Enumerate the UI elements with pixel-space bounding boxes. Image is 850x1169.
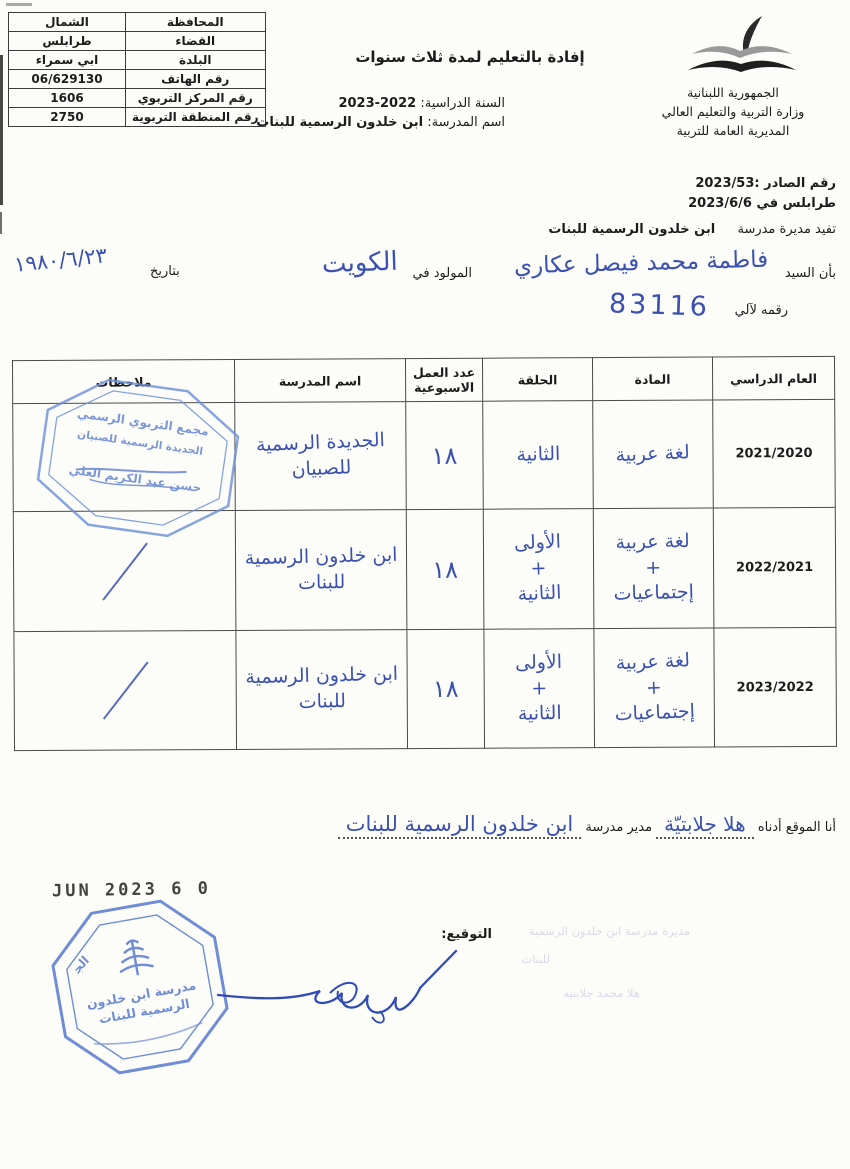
cycle-cell: الثانية	[483, 401, 594, 510]
faint-stamp-text: للبنات	[521, 952, 550, 966]
certify-intro-school: ابن خلدون الرسمية للبنات	[548, 222, 715, 237]
info-value: 06/629130	[9, 70, 126, 89]
check-slash-mark	[102, 661, 148, 719]
school-octagon-stamp-bottom: الجمهورية اللبنانية مدرسة ابن خلدون الرس…	[42, 890, 239, 1085]
auto-id-handwritten: 83116	[609, 288, 711, 323]
info-value: طرابلس	[9, 32, 126, 51]
table-row: المحافظة الشمال	[9, 13, 266, 32]
person-name-label: بأن السيد	[785, 266, 836, 281]
col-header-school: اسم المدرسة	[234, 359, 405, 403]
col-header-cycle: الحلقة	[482, 358, 592, 402]
declaration-mid-label: مدير مدرسة	[585, 820, 652, 835]
hours-cell: ١٨	[407, 629, 485, 748]
birthplace-handwritten: الكويت	[322, 247, 399, 280]
faint-stamp-text: هلا محمد جلابتيه	[563, 986, 640, 1000]
certify-intro: تفيد مديرة مدرسة ابن خلدون الرسمية للبنا…	[548, 222, 836, 237]
page-title: إفادة بالتعليم لمدة ثلاث سنوات	[320, 48, 620, 66]
declaration-label: أنا الموقع أدناه	[758, 820, 836, 835]
check-slash-mark	[102, 542, 148, 600]
issue-number-value: 2023/53	[695, 176, 754, 191]
year-cell: 2021/2020	[713, 399, 836, 508]
hours-cell: ١٨	[406, 401, 484, 509]
info-label: البلدة	[126, 51, 266, 70]
notes-cell	[14, 630, 237, 750]
ministry-line: المديرية العامة للتربية	[628, 122, 838, 141]
year-cell: 2023/2022	[714, 627, 837, 747]
scanned-certificate-document: المحافظة الشمال القضاء طرابلس البلدة ابي…	[0, 0, 850, 1169]
cycle-cell: الأولى + الثانية	[484, 629, 595, 749]
cedar-tree-icon	[115, 938, 155, 978]
info-value: 1606	[9, 89, 126, 108]
col-header-hours: عدد العمل الاسبوعية	[405, 358, 482, 401]
subject-cell: لغة عربية + إجتماعيات	[593, 508, 714, 629]
school-handwritten: ابن خلدون الرسمية للبنات	[244, 543, 398, 598]
cycle-handwritten: الأولى + الثانية	[515, 649, 564, 727]
scan-edge-artifact	[0, 55, 3, 205]
svg-text:الجمهورية اللبنانية: الجمهورية اللبنانية	[42, 901, 94, 982]
cycle-handwritten: الثانية	[516, 442, 560, 469]
table-row: 2023/2022 لغة عربية + إجتماعيات الأولى +…	[14, 627, 837, 750]
school-handwritten: ابن خلدون الرسمية للبنات	[245, 662, 399, 717]
info-value: ابي سمراء	[9, 51, 126, 70]
declaration-line: أنا الموقع أدناه هلا جلابتيّة مدير مدرسة…	[338, 812, 836, 836]
octagon-stamp-icon: الجمهورية اللبنانية مدرسة ابن خلدون الرس…	[42, 890, 239, 1085]
cycle-cell: الأولى + الثانية	[483, 509, 594, 630]
info-value: 2750	[9, 108, 126, 127]
info-value: الشمال	[9, 13, 126, 32]
school-year-block: السنة الدراسية: 2023-2022 اسم المدرسة: ا…	[256, 94, 505, 132]
info-label: رقم الهاتف	[126, 70, 266, 89]
stamp-rim-text: الجمهورية اللبنانية	[42, 901, 94, 982]
info-label: القضاء	[126, 32, 266, 51]
person-name-handwritten: فاطمة محمد فيصل عكاري	[513, 247, 768, 280]
certify-intro-label: تفيد مديرة مدرسة	[737, 222, 836, 237]
col-header-year: العام الدراسي	[712, 356, 834, 400]
issue-place-label: طرابلس في	[756, 196, 836, 211]
school-handwritten: الجديدة الرسمية للصبيان	[255, 428, 386, 484]
cycle-handwritten: الأولى + الثانية	[514, 530, 564, 609]
school-cell: ابن خلدون الرسمية للبنات	[236, 630, 408, 750]
year-cell: 2022/2021	[713, 507, 836, 628]
issue-block: رقم الصادر :2023/53 طرابلس في 2023/6/6	[688, 174, 836, 214]
subject-cell: لغة عربية + إجتماعيات	[594, 628, 715, 748]
declaration-name-handwritten: هلا جلابتيّة	[656, 812, 754, 839]
col-header-subject: المادة	[592, 357, 712, 401]
info-label: المحافظة	[126, 13, 266, 32]
scan-edge-artifact	[6, 3, 32, 6]
school-name-label: اسم المدرسة:	[427, 115, 505, 130]
birthplace-label: المولود في	[413, 266, 472, 281]
school-year-value: 2023-2022	[338, 96, 416, 111]
school-name-value: ابن خلدون الرسمية للبنات	[256, 115, 423, 130]
table-row: رقم الهاتف 06/629130	[9, 70, 266, 89]
birthdate-label: بتاريخ	[150, 264, 180, 279]
ministry-line: وزارة التربية والتعليم العالي	[628, 103, 838, 122]
signature-scribble	[210, 933, 460, 1028]
school-octagon-stamp-row1: مجمع التربوي الرسمي الجديدة الرسمية للصب…	[29, 370, 248, 546]
subject-handwritten: لغة عربية + إجتماعيات	[613, 648, 696, 728]
table-row: رقم المركز التربوي 1606	[9, 89, 266, 108]
school-cell: ابن خلدون الرسمية للبنات	[235, 510, 407, 631]
ministry-header: الجمهورية اللبنانية وزارة التربية والتعل…	[628, 84, 838, 140]
ministry-logo-icon	[682, 14, 802, 80]
school-year-label: السنة الدراسية:	[420, 96, 505, 111]
info-label: رقم المركز التربوي	[126, 89, 266, 108]
table-row: القضاء طرابلس	[9, 32, 266, 51]
school-cell: الجديدة الرسمية للصبيان	[235, 402, 407, 511]
subject-cell: لغة عربية	[593, 400, 714, 509]
faint-stamp-text: مديرة مدرسة ابن خلدون الرسمية	[490, 924, 690, 938]
issue-place-value: 2023/6/6	[688, 196, 752, 211]
declaration-school-handwritten: ابن خلدون الرسمية للبنات	[338, 812, 582, 839]
ministry-line: الجمهورية اللبنانية	[628, 84, 838, 103]
hours-cell: ١٨	[406, 509, 484, 629]
issue-number-label: رقم الصادر :	[754, 176, 836, 191]
table-row: رقم المنطقة التربوية 2750	[9, 108, 266, 127]
auto-id-label: رقمه لآلي	[735, 303, 788, 318]
info-label: رقم المنطقة التربوية	[126, 108, 266, 127]
birthdate-handwritten: ١٩٨٠/٦/٢٣	[13, 243, 108, 277]
table-row: البلدة ابي سمراء	[9, 51, 266, 70]
admin-info-table: المحافظة الشمال القضاء طرابلس البلدة ابي…	[8, 12, 266, 127]
subject-handwritten: لغة عربية	[615, 440, 690, 469]
subject-handwritten: لغة عربية + إجتماعيات	[613, 529, 695, 608]
scan-edge-artifact	[0, 212, 2, 234]
